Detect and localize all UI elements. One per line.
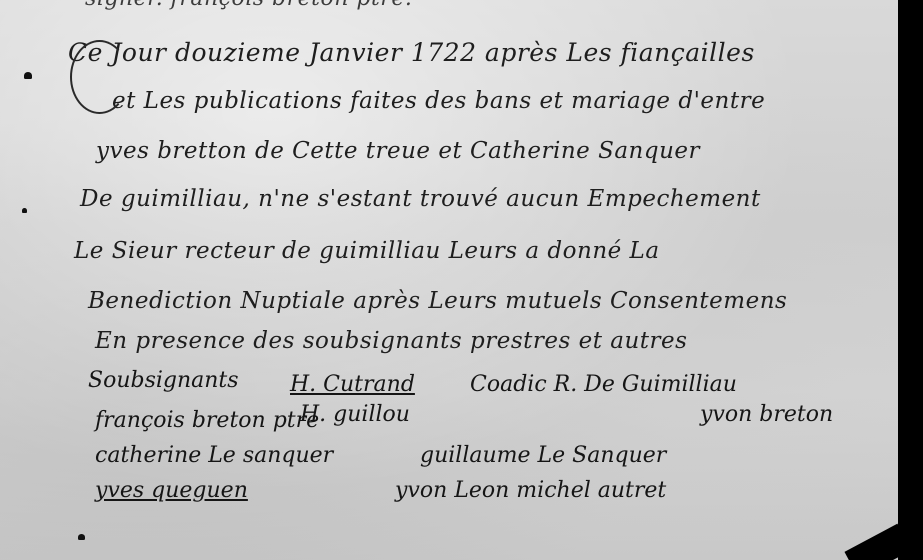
- signature: H. Cutrand: [290, 372, 415, 397]
- signature: catherine Le sanquer: [95, 443, 333, 468]
- signature: françois breton ptre: [95, 408, 319, 433]
- text-line-4: De guimilliau, n'ne s'estant trouvé aucu…: [80, 186, 761, 212]
- signature: H. guillou: [300, 402, 410, 427]
- signature-label: Soubsignants: [88, 368, 239, 393]
- signature: yves queguen: [95, 478, 248, 503]
- text-line-5: Le Sieur recteur de guimilliau Leurs a d…: [74, 238, 660, 264]
- manuscript-page: signer. françois breton ptre. Ce Jour do…: [0, 0, 898, 560]
- text-line-1: Ce Jour douzieme Janvier 1722 après Les …: [68, 38, 755, 67]
- page-ink-spot: [78, 534, 85, 540]
- page-ink-spot: [22, 208, 27, 213]
- signature: Coadic R. De Guimilliau: [470, 372, 737, 397]
- text-line-7: En presence des soubsignants prestres et…: [95, 328, 687, 354]
- signature: yvon breton: [700, 402, 833, 427]
- capital-flourish: [70, 40, 129, 114]
- text-line-0: signer. françois breton ptre.: [85, 0, 412, 11]
- text-line-3: yves bretton de Cette treue et Catherine…: [96, 138, 700, 164]
- signature: yvon Leon michel autret: [395, 478, 666, 503]
- signature: guillaume Le Sanquer: [420, 443, 666, 468]
- text-line-2: et Les publications faites des bans et m…: [112, 88, 765, 114]
- text-line-6: Benediction Nuptiale après Leurs mutuels…: [88, 288, 787, 314]
- page-hole-mark: [24, 72, 32, 79]
